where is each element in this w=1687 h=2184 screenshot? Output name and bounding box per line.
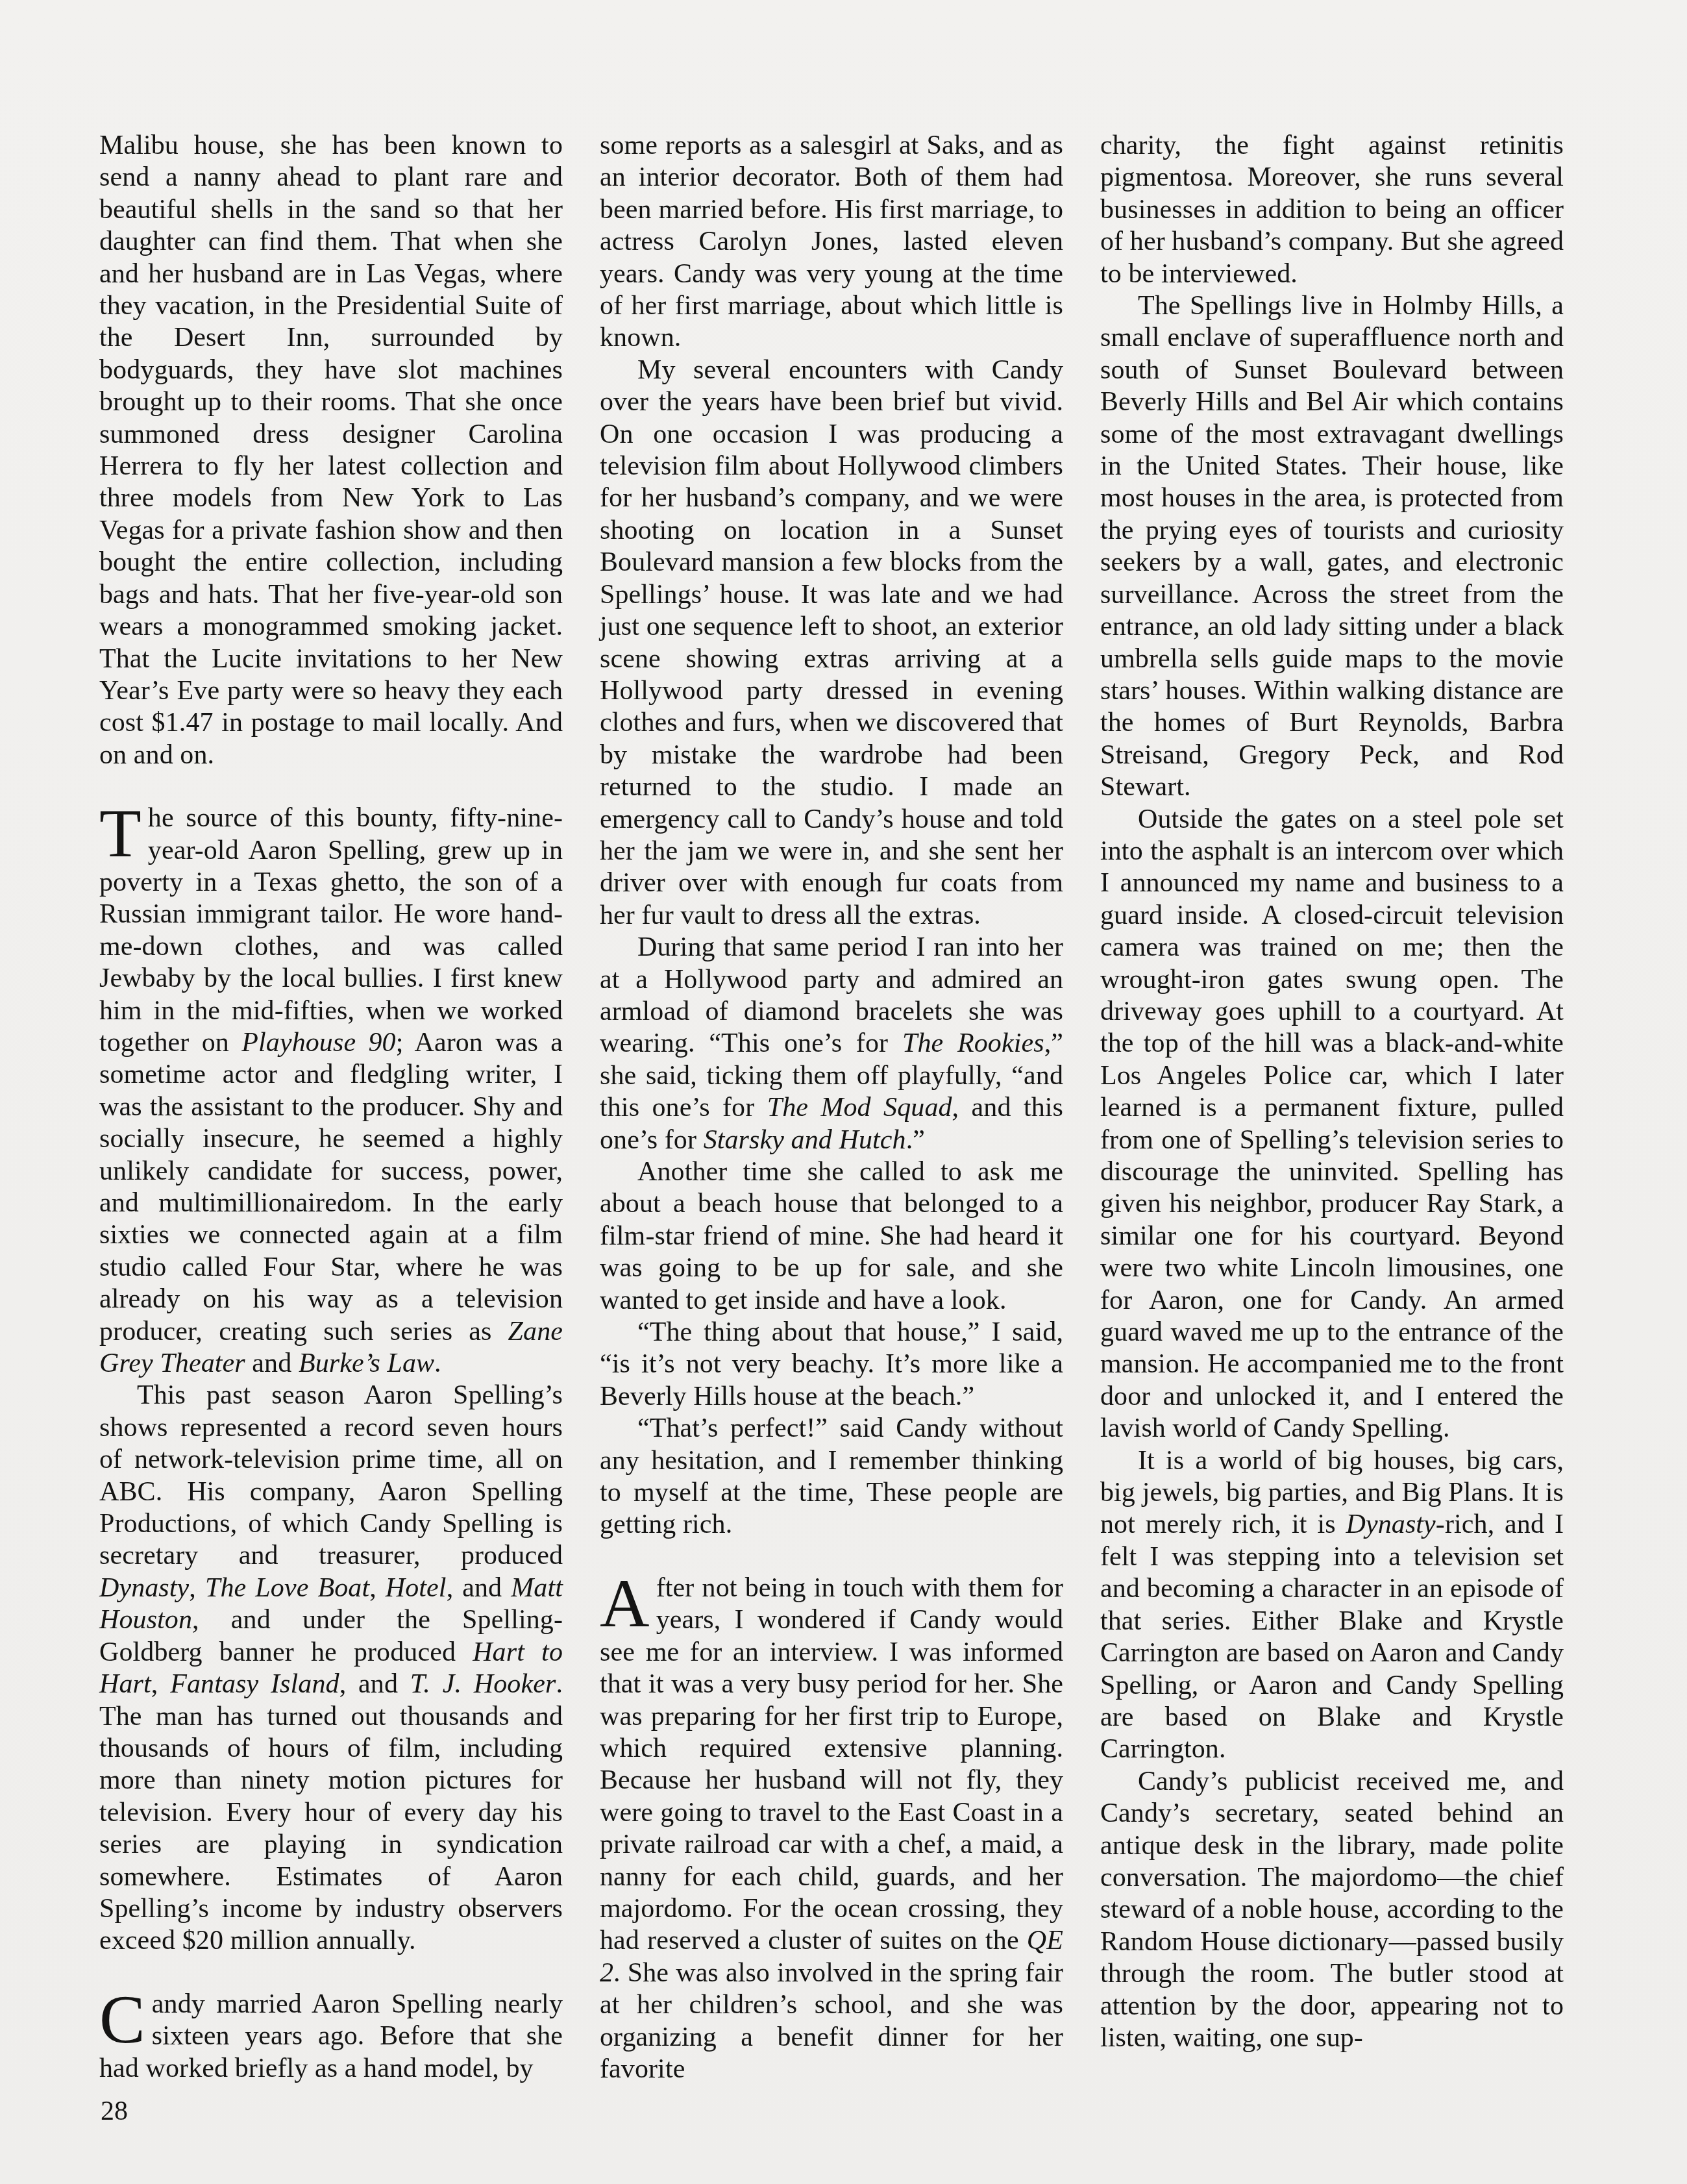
- article-body: Malibu house, she has been known to send…: [99, 130, 1564, 2085]
- text-column-2: some reports as a salesgirl at Saks, and…: [600, 130, 1063, 2085]
- italic-run: Dynasty: [1346, 1509, 1436, 1539]
- paragraph: The source of this bounty, fifty-nine-ye…: [99, 802, 563, 1380]
- text-run: Another time she called to ask me about …: [600, 1157, 1063, 1315]
- text-run: , and: [339, 1669, 410, 1699]
- text-run: -rich, and I felt I was stepping into a …: [1100, 1509, 1564, 1764]
- italic-run: T. J. Hooker: [410, 1669, 556, 1699]
- text-run: Malibu house, she has been known to send…: [99, 130, 563, 770]
- drop-cap: C: [99, 1991, 152, 2049]
- text-run: some reports as a salesgirl at Saks, and…: [600, 130, 1063, 353]
- text-run: ,: [151, 1669, 170, 1699]
- italic-run: Fantasy Island: [170, 1669, 339, 1699]
- italic-run: Starsky and Hutch: [704, 1125, 906, 1155]
- text-run: .”: [906, 1125, 925, 1155]
- text-run: charity, the fight against retinitis pig…: [1100, 130, 1564, 289]
- text-run: . She was also involved in the spring fa…: [600, 1958, 1063, 2084]
- paragraph: Outside the gates on a steel pole set in…: [1100, 804, 1564, 1445]
- text-run: Candy’s publicist received me, and Candy…: [1100, 1767, 1564, 2053]
- italic-run: Dynasty: [99, 1573, 189, 1603]
- text-run: and: [245, 1348, 299, 1378]
- text-run: andy married Aaron Spelling nearly sixte…: [99, 1989, 563, 2083]
- paragraph: Another time she called to ask me about …: [600, 1156, 1063, 1317]
- paragraph: The Spellings live in Holmby Hills, a sm…: [1100, 290, 1564, 804]
- italic-run: The Rookies: [902, 1028, 1044, 1058]
- italic-run: Burke’s Law: [299, 1348, 434, 1378]
- text-run: This past season Aaron Spelling’s shows …: [99, 1380, 563, 1570]
- paragraph: This past season Aaron Spelling’s shows …: [99, 1380, 563, 1957]
- text-run: Outside the gates on a steel pole set in…: [1100, 804, 1564, 1444]
- paragraph: During that same period I ran into her a…: [600, 932, 1063, 1156]
- italic-run: Playhouse 90: [241, 1028, 395, 1058]
- text-run: .: [434, 1348, 441, 1378]
- text-run: ,: [189, 1573, 205, 1603]
- paragraph: Candy married Aaron Spelling nearly sixt…: [99, 1989, 563, 2085]
- drop-cap: T: [99, 804, 148, 863]
- text-run: ,: [369, 1573, 386, 1603]
- paragraph: charity, the fight against retinitis pig…: [1100, 130, 1564, 290]
- text-run: “That’s perfect!” said Candy without any…: [600, 1413, 1063, 1539]
- paragraph: some reports as a salesgirl at Saks, and…: [600, 130, 1063, 354]
- paragraph: “The thing about that house,” I said, “i…: [600, 1317, 1063, 1413]
- text-run: , and: [447, 1573, 511, 1603]
- page-number: 28: [101, 2096, 128, 2128]
- drop-cap: A: [600, 1574, 656, 1633]
- text-column-3: charity, the fight against retinitis pig…: [1100, 130, 1564, 2085]
- italic-run: Hotel: [386, 1573, 447, 1603]
- text-run: . The man has turned out thousands and t…: [99, 1669, 563, 1955]
- magazine-page: Malibu house, she has been known to send…: [0, 0, 1687, 2184]
- text-run: he source of this bounty, fifty-nine-yea…: [99, 803, 563, 1058]
- text-run: fter not being in touch with them for ye…: [600, 1573, 1063, 1955]
- paragraph: Malibu house, she has been known to send…: [99, 130, 563, 771]
- paragraph: It is a world of big houses, big cars, b…: [1100, 1445, 1564, 1766]
- paragraph: My several encounters with Candy over th…: [600, 354, 1063, 932]
- italic-run: The Love Boat: [205, 1573, 369, 1603]
- italic-run: The Mod Squad,: [767, 1093, 959, 1123]
- text-run: My several encounters with Candy over th…: [600, 355, 1063, 930]
- paragraph: “That’s perfect!” said Candy without any…: [600, 1413, 1063, 1541]
- text-run: The Spellings live in Holmby Hills, a sm…: [1100, 291, 1564, 802]
- text-run: “The thing about that house,” I said, “i…: [600, 1317, 1063, 1411]
- paragraph: Candy’s publicist received me, and Candy…: [1100, 1766, 1564, 2055]
- paragraph: After not being in touch with them for y…: [600, 1572, 1063, 2086]
- text-run: ; Aaron was a sometime actor and fledgli…: [99, 1028, 563, 1346]
- text-column-1: Malibu house, she has been known to send…: [99, 130, 563, 2085]
